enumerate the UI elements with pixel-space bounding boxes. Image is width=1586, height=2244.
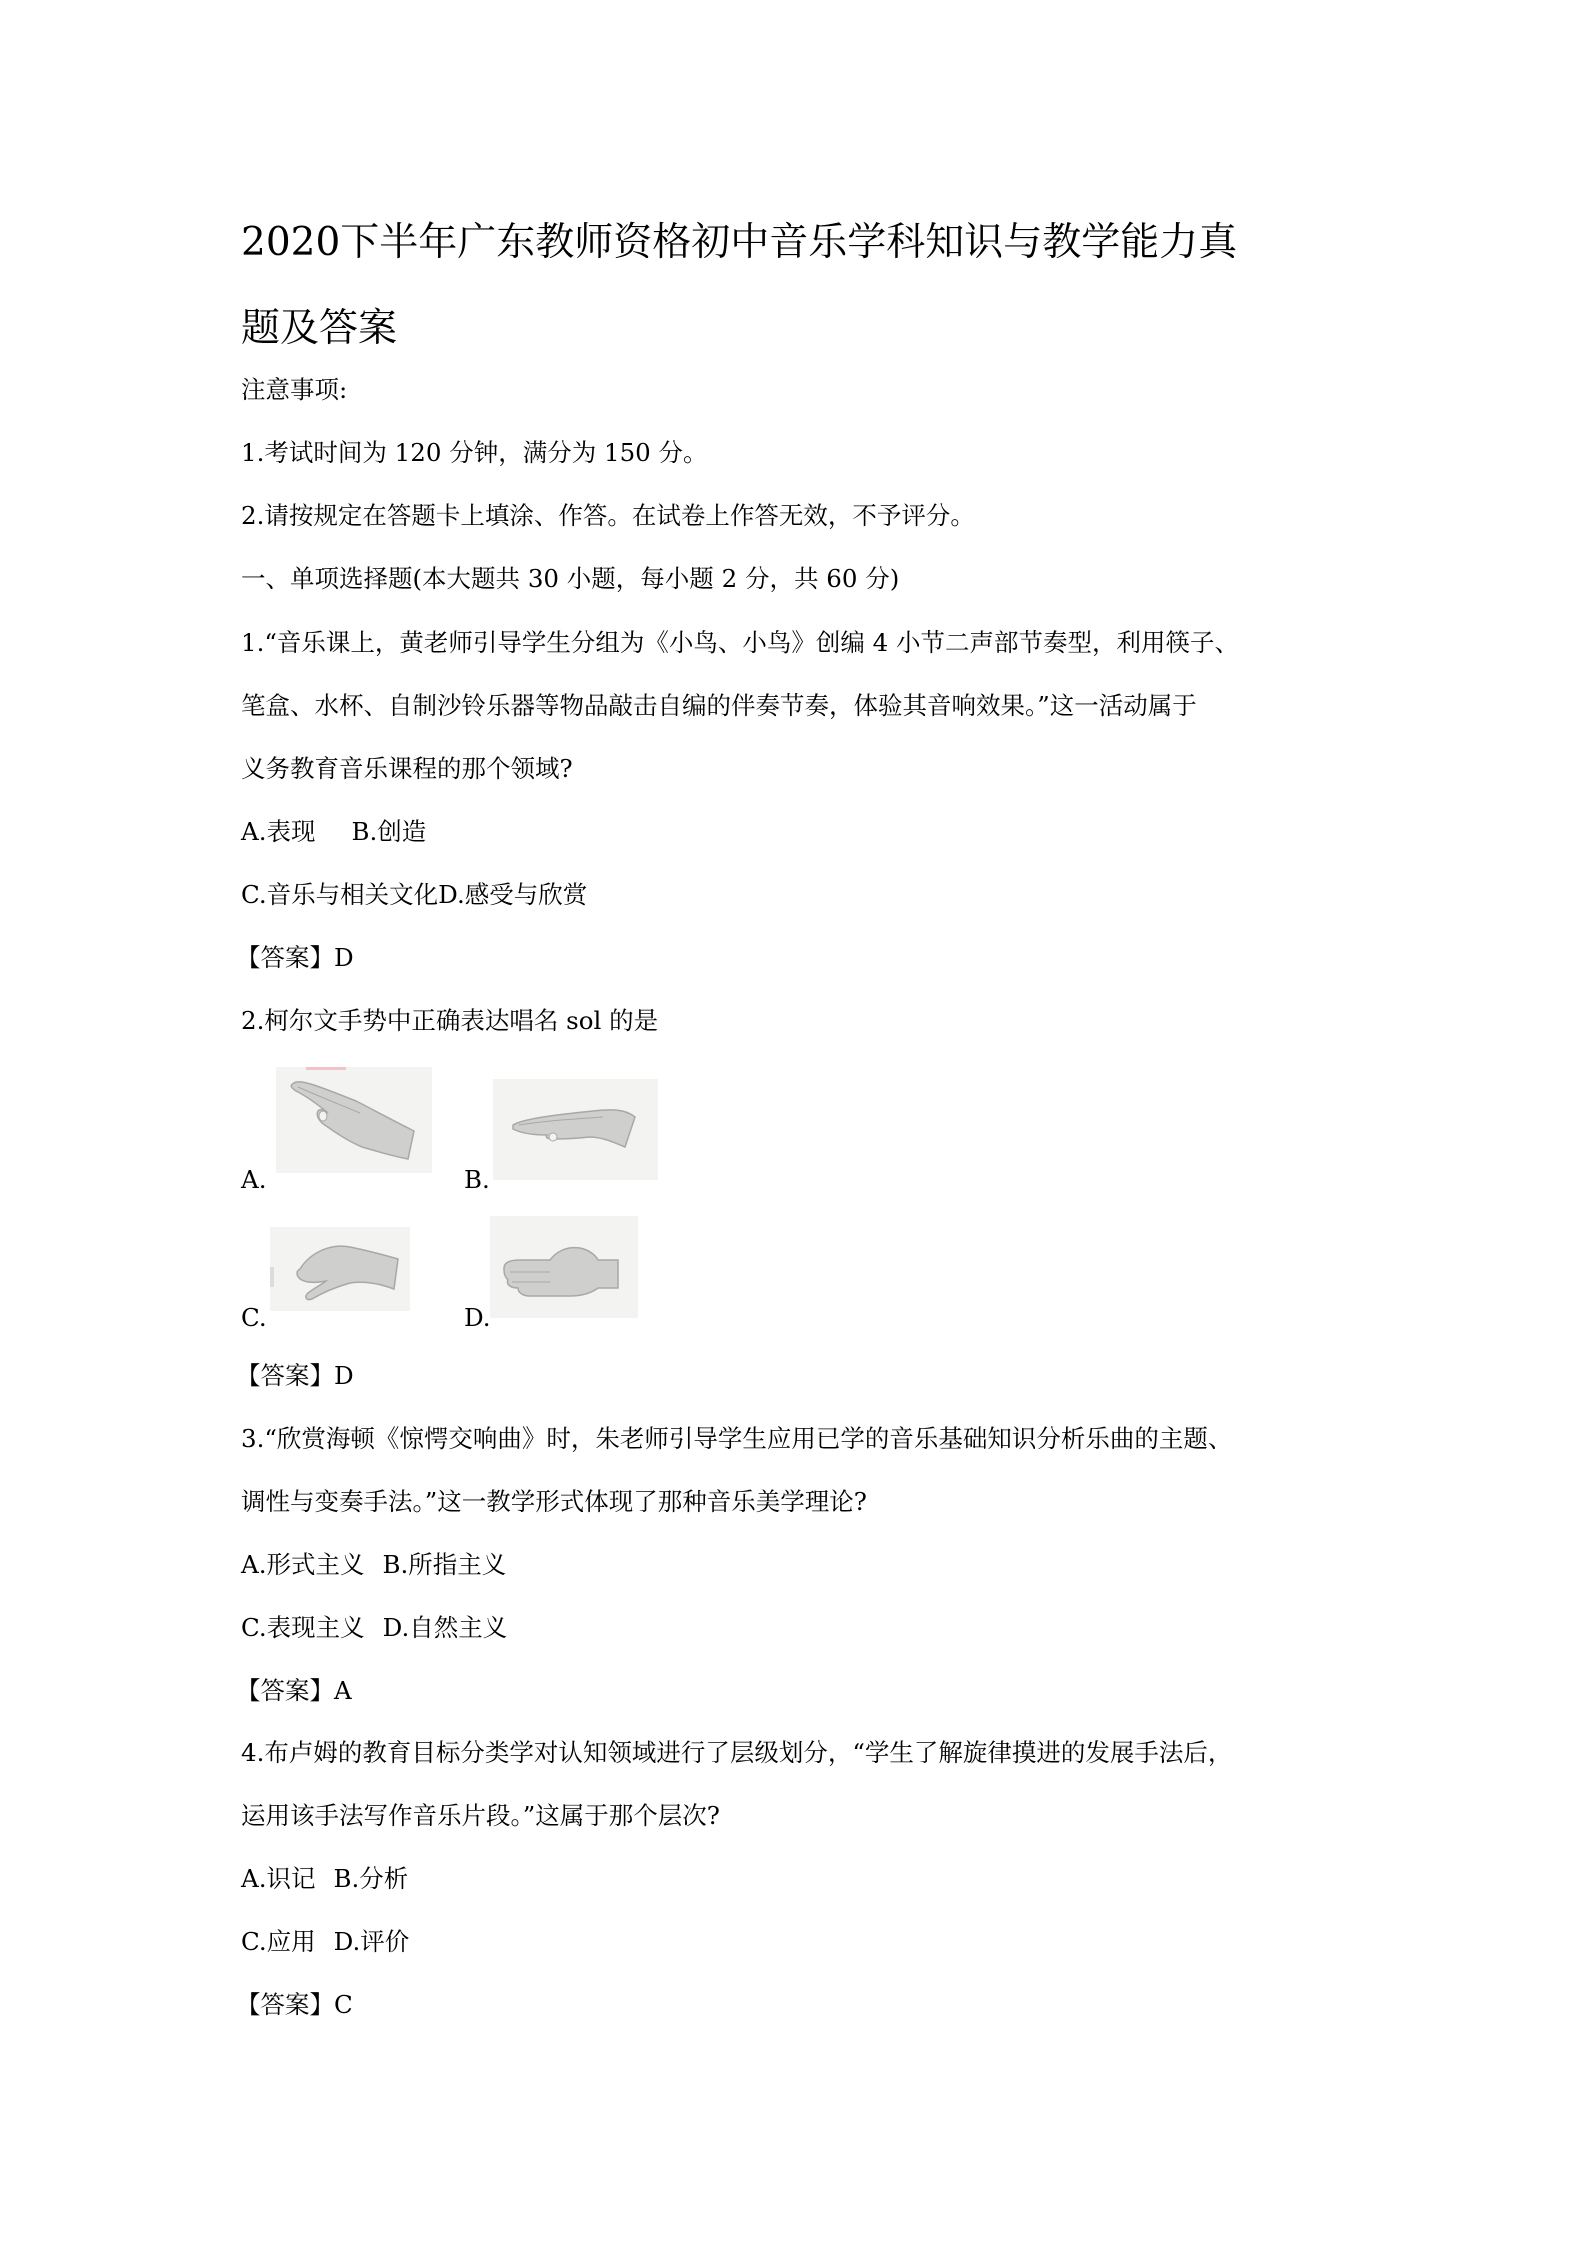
option-row: A.形式主义B.所指主义 bbox=[241, 1550, 506, 1580]
document-page: 2020下半年广东教师资格初中音乐学科知识与教学能力真 题及答案 注意事项: 1… bbox=[0, 0, 1586, 2244]
hand-gesture-image-b bbox=[493, 1079, 658, 1180]
option-b: B. bbox=[464, 1165, 490, 1195]
answer-label: 【答案】C bbox=[236, 1990, 353, 2020]
title-line-2: 题及答案 bbox=[241, 306, 397, 351]
title-line-1: 2020下半年广东教师资格初中音乐学科知识与教学能力真 bbox=[241, 220, 1237, 265]
notice-item: 2.请按规定在答题卡上填涂、作答。在试卷上作答无效，不予评分。 bbox=[241, 501, 975, 531]
option-b: B.所指主义 bbox=[382, 1550, 506, 1579]
option-row: C.表现主义D.自然主义 bbox=[241, 1613, 507, 1643]
hand-flat-icon bbox=[493, 1079, 658, 1180]
question-text-line: 义务教育音乐课程的那个领域? bbox=[241, 754, 573, 784]
answer-label: 【答案】A bbox=[236, 1676, 352, 1706]
option-a: A.形式主义 bbox=[241, 1550, 364, 1579]
option-c: C.表现主义 bbox=[241, 1613, 365, 1642]
answer-label: 【答案】D bbox=[236, 1361, 354, 1391]
option-d: D.感受与欣赏 bbox=[438, 880, 587, 909]
option-a: A.识记 bbox=[241, 1864, 315, 1893]
option-row: A.识记B.分析 bbox=[241, 1864, 408, 1894]
option-row: C.音乐与相关文化D.感受与欣赏 bbox=[241, 880, 587, 910]
hand-slanted-icon bbox=[276, 1067, 432, 1173]
hand-gesture-image-c bbox=[270, 1227, 410, 1311]
option-a: A. bbox=[241, 1165, 266, 1195]
option-d: D.自然主义 bbox=[383, 1613, 508, 1642]
question-text-line: 1.“音乐课上，黄老师引导学生分组为《小鸟、小鸟》创编 4 小节二声部节奏型，利… bbox=[241, 628, 1239, 658]
hand-gesture-image-a bbox=[276, 1067, 432, 1173]
option-b: B.创造 bbox=[351, 817, 426, 846]
option-a: A.表现 bbox=[241, 817, 315, 846]
hand-bent-icon bbox=[270, 1227, 410, 1311]
notice-heading: 注意事项: bbox=[241, 375, 347, 405]
option-c: C.应用 bbox=[241, 1927, 316, 1956]
question-text-line: 运用该手法写作音乐片段。”这属于那个层次? bbox=[241, 1801, 720, 1831]
option-c: C. bbox=[241, 1303, 267, 1333]
hand-gesture-image-d bbox=[490, 1216, 638, 1318]
option-d: D. bbox=[464, 1303, 491, 1333]
option-b: B.分析 bbox=[333, 1864, 408, 1893]
notice-item: 1.考试时间为 120 分钟，满分为 150 分。 bbox=[241, 438, 708, 468]
question-text-line: 2.柯尔文手势中正确表达唱名 sol 的是 bbox=[241, 1006, 658, 1036]
question-text-line: 4.布卢姆的教育目标分类学对认知领域进行了层级划分，“学生了解旋律摸进的发展手法… bbox=[241, 1738, 1232, 1768]
question-text-line: 笔盒、水杯、自制沙铃乐器等物品敲击自编的伴奏节奏，体验其音响效果。”这一活动属于 bbox=[241, 691, 1197, 721]
option-d: D.评价 bbox=[334, 1927, 410, 1956]
document-title: 2020下半年广东教师资格初中音乐学科知识与教学能力真 题及答案 bbox=[241, 200, 1361, 372]
option-row: A.表现B.创造 bbox=[241, 817, 426, 847]
question-text-line: 3.“欣赏海顿《惊愕交响曲》时，朱老师引导学生应用已学的音乐基础知识分析乐曲的主… bbox=[241, 1424, 1232, 1454]
section-heading: 一、单项选择题(本大题共 30 小题，每小题 2 分，共 60 分) bbox=[241, 564, 899, 594]
option-row: C.应用D.评价 bbox=[241, 1927, 409, 1957]
option-c: C.音乐与相关文化 bbox=[241, 880, 438, 909]
answer-label: 【答案】D bbox=[236, 943, 354, 973]
hand-palm-icon bbox=[490, 1216, 638, 1318]
question-text-line: 调性与变奏手法。”这一教学形式体现了那种音乐美学理论? bbox=[241, 1487, 867, 1517]
